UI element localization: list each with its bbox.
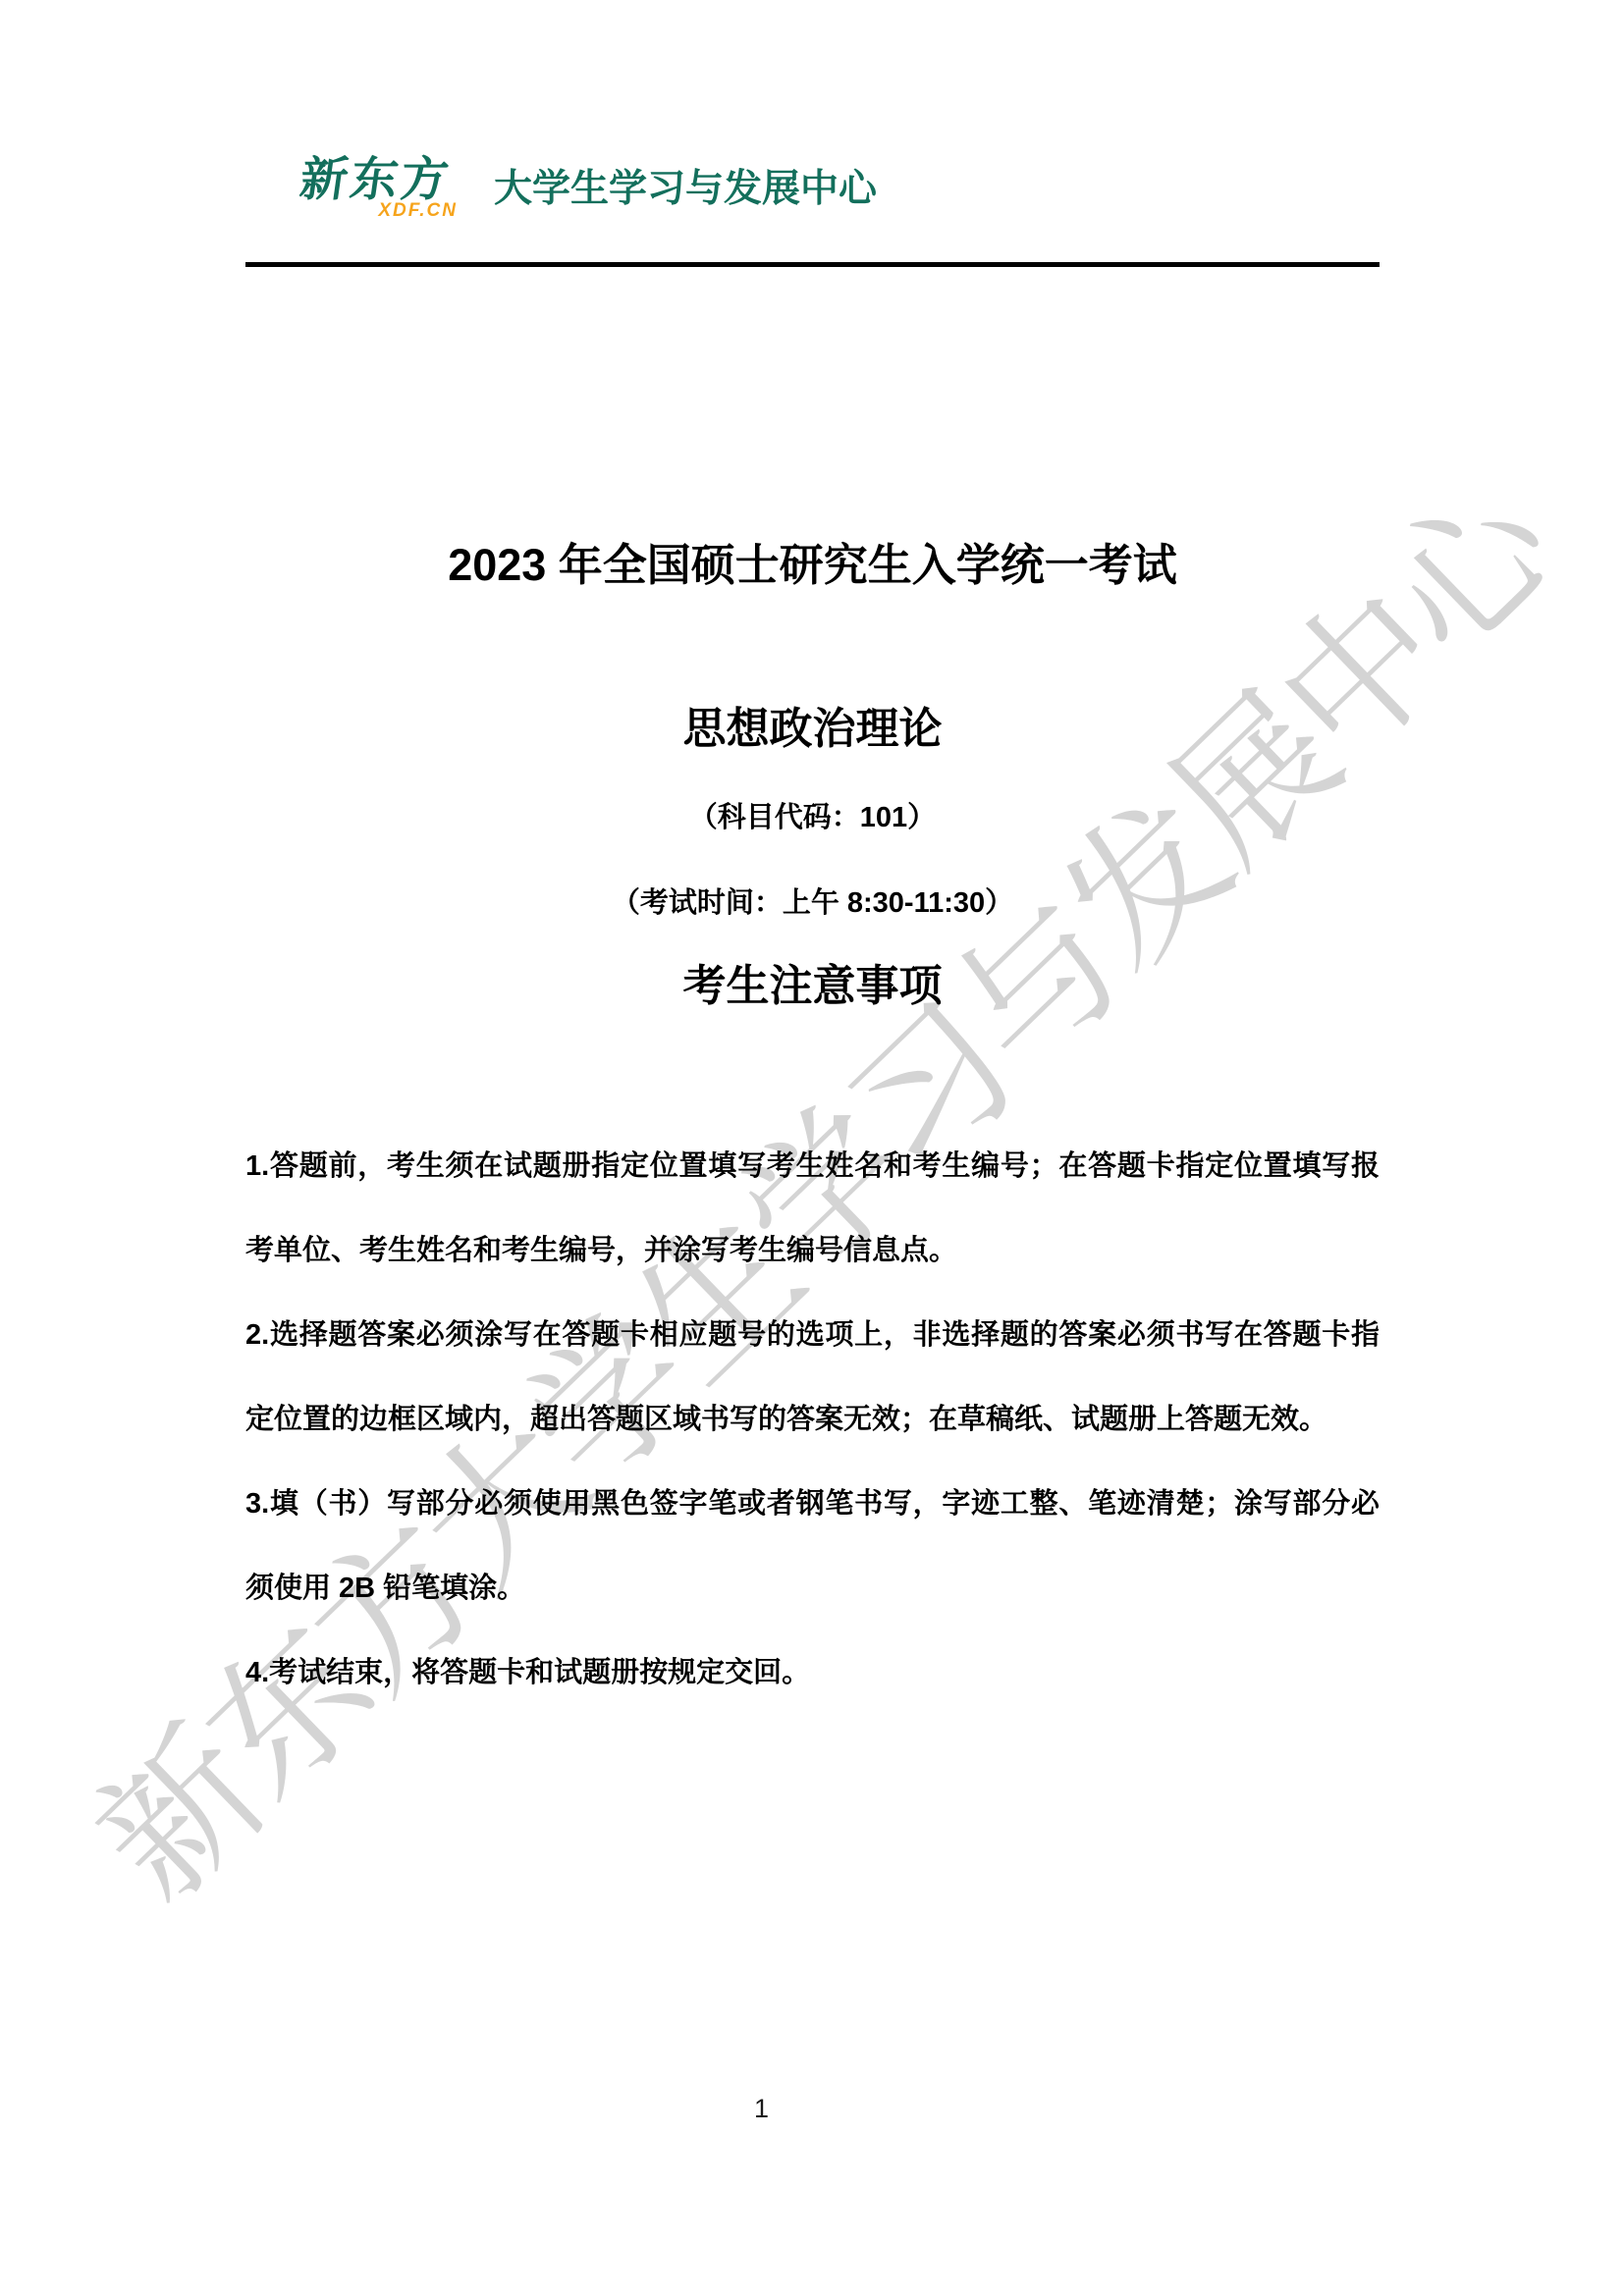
exam-cover-page: 新东方大学生学习与发展中心 新东方 XDF.CN 大学生学习与发展中心 2023… xyxy=(0,0,1624,2296)
header-divider xyxy=(245,262,1380,267)
xdf-logo: 新东方 XDF.CN xyxy=(300,157,463,220)
page-number: 1 xyxy=(754,2093,769,2124)
subject-title: 思想政治理论 xyxy=(245,708,1380,751)
notes-heading: 考生注意事项 xyxy=(245,965,1380,1008)
exam-time: （考试时间：上午 8:30-11:30） xyxy=(245,889,1380,918)
xdf-logo-brand-text: 新东方 xyxy=(298,157,467,204)
note-item-1: 1.答题前，考生须在试题册指定位置填写考生姓名和考生编号；在答题卡指定位置填写报… xyxy=(245,1124,1380,1293)
candidate-notes: 1.答题前，考生须在试题册指定位置填写考生姓名和考生编号；在答题卡指定位置填写报… xyxy=(245,1124,1380,1715)
note-item-4: 4.考试结束，将答题卡和试题册按规定交回。 xyxy=(245,1630,1380,1715)
exam-title: 2023 年全国硕士研究生入学统一考试 xyxy=(245,543,1380,587)
subject-code: （科目代码：101） xyxy=(245,804,1380,832)
note-item-2: 2.选择题答案必须涂写在答题卡相应题号的选项上，非选择题的答案必须书写在答题卡指… xyxy=(245,1293,1380,1462)
note-item-3: 3.填（书）写部分必须使用黑色签字笔或者钢笔书写，字迹工整、笔迹清楚；涂写部分必… xyxy=(245,1462,1380,1630)
org-name: 大学生学习与发展中心 xyxy=(494,169,877,211)
